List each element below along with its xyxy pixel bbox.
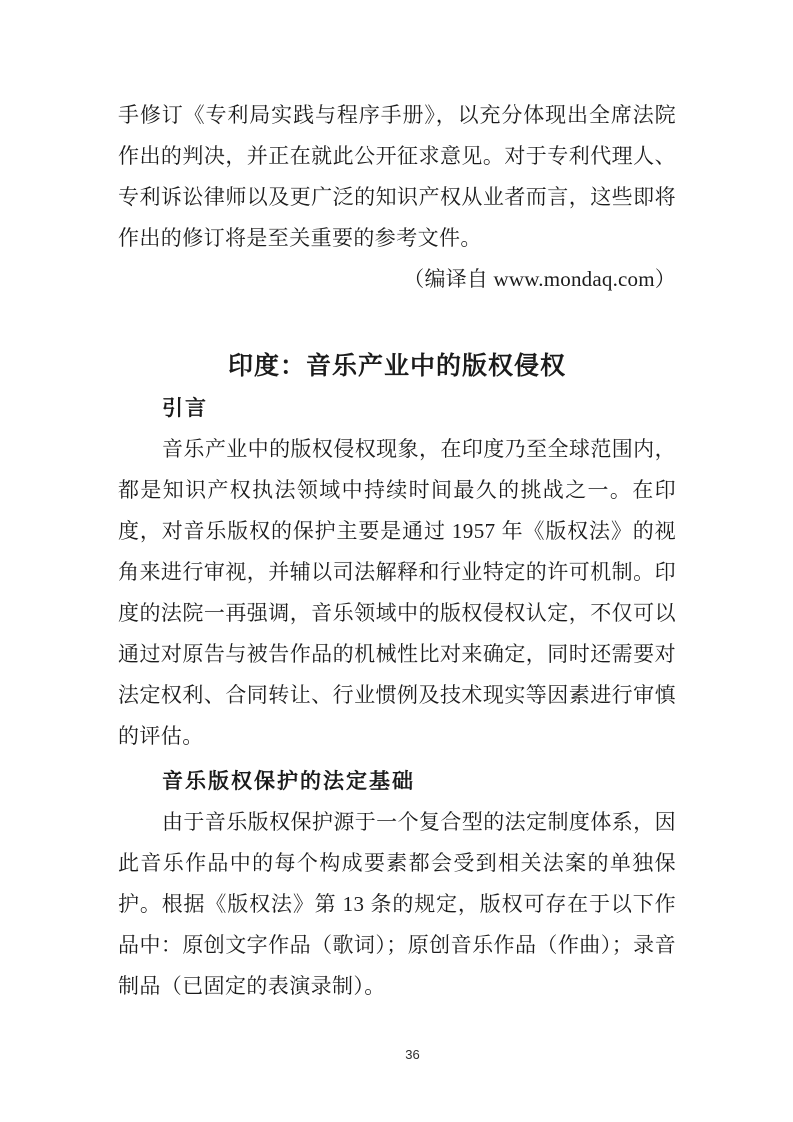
- page-number: 36: [0, 1046, 793, 1064]
- continuation-paragraph: 手修订《专利局实践与程序手册》，以充分体现出全席法院作出的判决，并正在就此公开征…: [118, 95, 676, 259]
- section-heading-introduction: 引言: [118, 388, 676, 429]
- article-title: 印度：音乐产业中的版权侵权: [118, 344, 676, 388]
- attribution-line: （编译自 www.mondaq.com）: [118, 259, 676, 300]
- page-content: 手修订《专利局实践与程序手册》，以充分体现出全席法院作出的判决，并正在就此公开征…: [118, 95, 676, 1007]
- document-page: 手修订《专利局实践与程序手册》，以充分体现出全席法院作出的判决，并正在就此公开征…: [0, 0, 793, 1122]
- section-paragraph-legal-basis: 由于音乐版权保护源于一个复合型的法定制度体系，因此音乐作品中的每个构成要素都会受…: [118, 802, 676, 1007]
- section-heading-legal-basis: 音乐版权保护的法定基础: [118, 761, 676, 802]
- section-paragraph-introduction: 音乐产业中的版权侵权现象，在印度乃至全球范围内，都是知识产权执法领域中持续时间最…: [118, 429, 676, 757]
